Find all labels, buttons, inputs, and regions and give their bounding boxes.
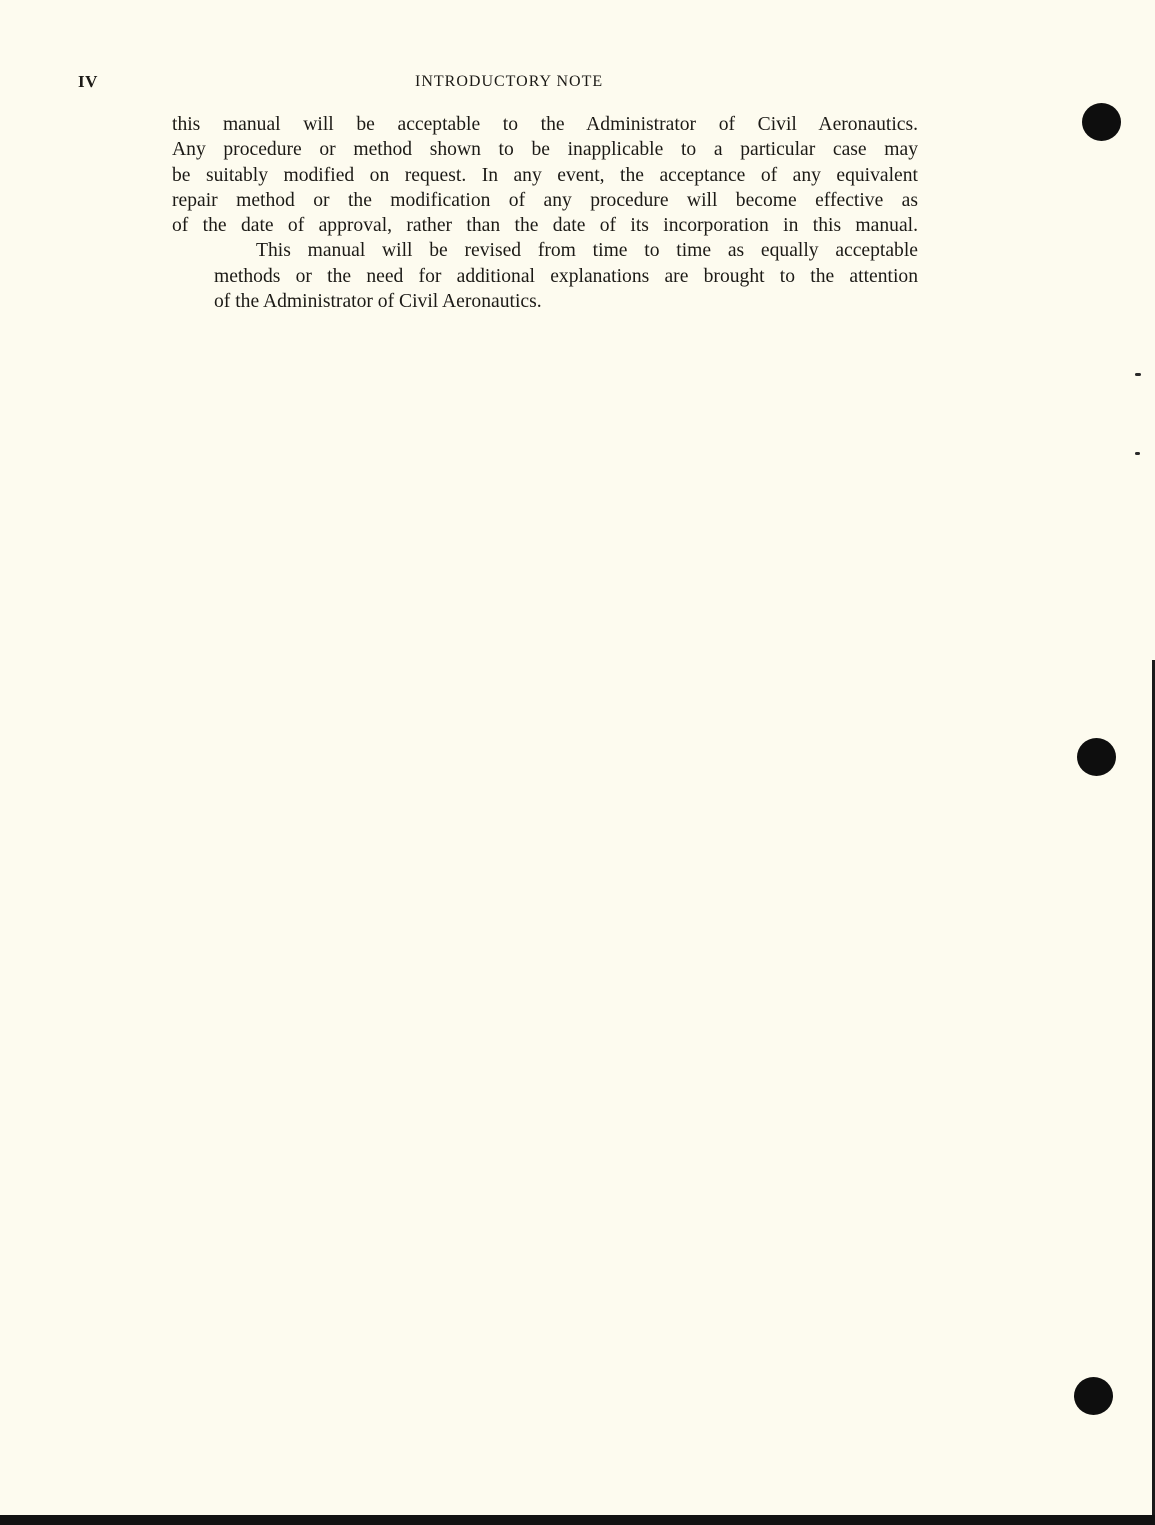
scan-edge-bottom <box>0 1515 1155 1525</box>
body-text: this manual will be acceptable to the Ad… <box>172 112 918 314</box>
text-line: of the date of approval, rather than the… <box>172 213 918 238</box>
text-line: be suitably modified on request. In any … <box>172 163 918 188</box>
paragraph-1: this manual will be acceptable to the Ad… <box>172 112 918 238</box>
scan-speck <box>1135 373 1141 376</box>
document-page: IV INTRODUCTORY NOTE this manual will be… <box>0 0 1155 1525</box>
scan-speck <box>1135 452 1140 455</box>
paragraph-2: This manual will be revised from time to… <box>172 238 918 314</box>
text-line: repair method or the modification of any… <box>172 188 918 213</box>
text-line: Any procedure or method shown to be inap… <box>172 137 918 162</box>
punch-hole-middle <box>1077 738 1116 776</box>
punch-hole-bottom <box>1074 1377 1113 1415</box>
text-line: of the Administrator of Civil Aeronautic… <box>172 289 918 314</box>
text-line: methods or the need for additional expla… <box>172 264 918 289</box>
punch-hole-top <box>1082 103 1121 141</box>
text-line: this manual will be acceptable to the Ad… <box>172 112 918 137</box>
text-line: This manual will be revised from time to… <box>172 238 918 263</box>
running-head: INTRODUCTORY NOTE <box>415 73 603 91</box>
page-number: IV <box>78 72 98 92</box>
